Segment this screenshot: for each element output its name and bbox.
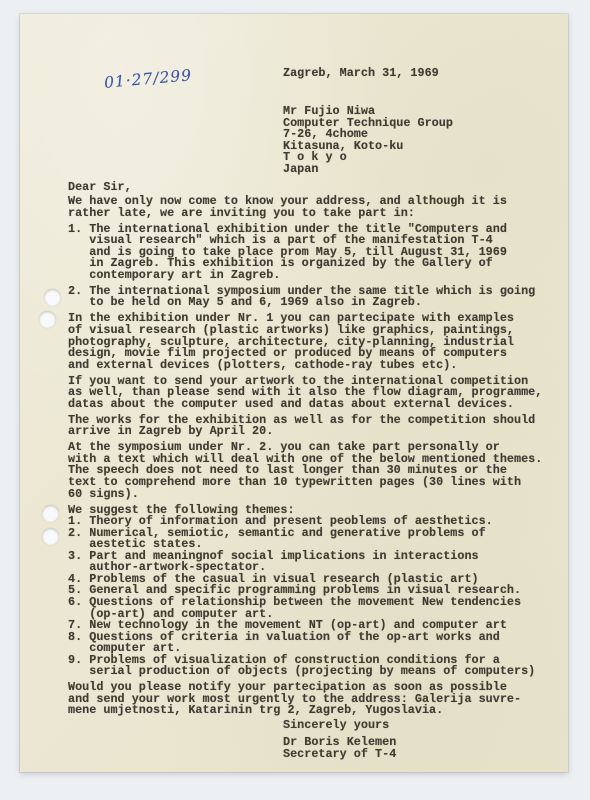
recipient-address: Mr Fujio NiwaComputer Technique Group7-2…: [283, 106, 453, 175]
punch-hole: [44, 289, 61, 306]
text-line: text to comprehend more than 10 typewrit…: [68, 477, 542, 489]
text-line: to be held on May 5 and 6, 1969 also in …: [68, 297, 542, 309]
paragraph: Would you please notify your partecipati…: [68, 682, 542, 717]
punch-hole: [42, 505, 59, 522]
letter-paper: 01·27/299 Zagreb, March 31, 1969 Mr Fuji…: [20, 14, 568, 772]
text-line: serial production of objects (projecting…: [68, 666, 542, 678]
paragraph: At the symposium under Nr. 2. you can ta…: [68, 442, 542, 500]
text-line: contemporary art in Zagreb.: [68, 270, 542, 282]
scanned-letter-page: { "page": { "background_color": "#edf0f3…: [0, 0, 590, 800]
paragraph: In the exhibition under Nr. 1 you can pa…: [68, 313, 542, 371]
paragraph: We have only now come to know your addre…: [68, 196, 542, 219]
text-line: and external devices (plotters, cathode-…: [68, 360, 542, 372]
signature-block: Dr Boris KelemenSecretary of T-4: [283, 737, 396, 760]
text-line: 60 signs).: [68, 489, 542, 501]
text-line: datas about the computer used and datas …: [68, 399, 542, 411]
text-line: rather late, we are inviting you to take…: [68, 208, 542, 220]
handwritten-reference-number: 01·27/299: [103, 66, 192, 92]
paragraph: We suggest the following themes:1. Theor…: [68, 505, 542, 678]
letter-body: We have only now come to know your addre…: [68, 196, 542, 717]
text-line: Secretary of T-4: [283, 749, 396, 761]
salutation: Dear Sir,: [68, 182, 132, 194]
punch-hole: [39, 311, 56, 328]
text-line: arrive in Zagreb by April 20.: [68, 426, 542, 438]
text-line: mene umjetnosti, Katarinin trg 2, Zagreb…: [68, 705, 542, 717]
text-line: Japan: [283, 164, 453, 176]
paragraph: 1. The international exhibition under th…: [68, 224, 542, 282]
closing-line: Sincerely yours: [283, 720, 389, 732]
paragraph: If you want to send your artwork to the …: [68, 376, 542, 411]
punch-hole: [42, 528, 59, 545]
paragraph: The works for the exhibition as well as …: [68, 415, 542, 438]
date-line: Zagreb, March 31, 1969: [283, 68, 439, 80]
paragraph: 2. The international symposium under the…: [68, 286, 542, 309]
